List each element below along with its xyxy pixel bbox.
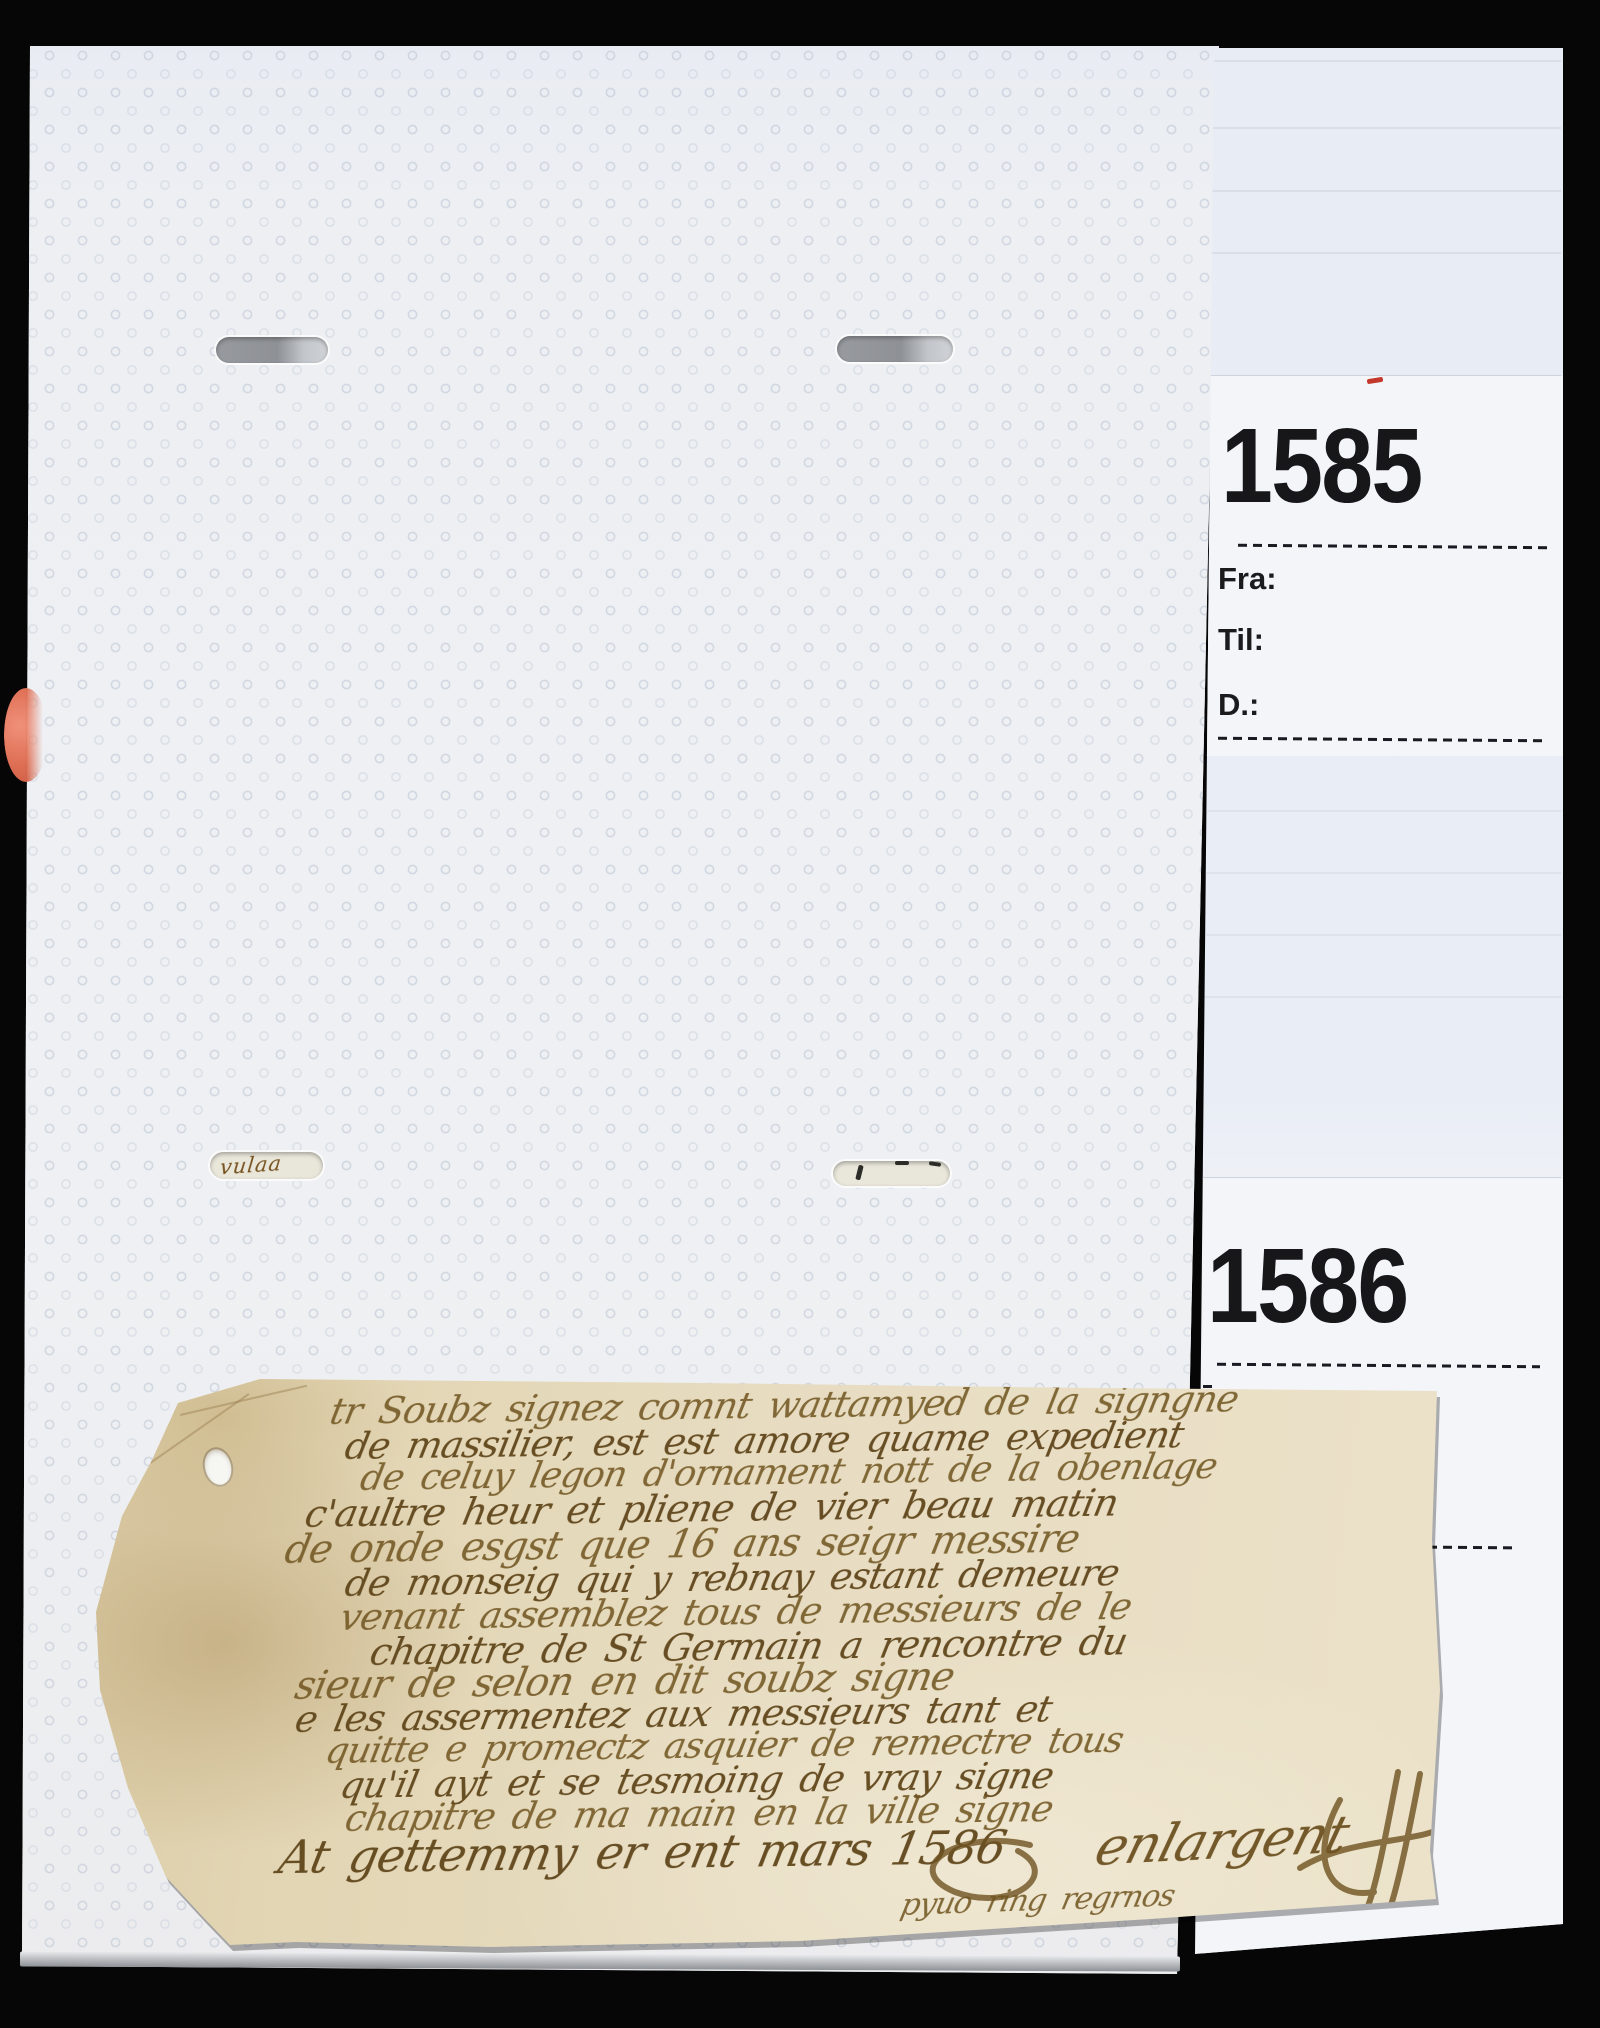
photo-slot-mid-left: vulaa <box>210 1152 323 1179</box>
year-label-1585: 1585 <box>1221 413 1421 519</box>
ink-speck <box>895 1161 909 1165</box>
ink-speck <box>929 1161 941 1167</box>
card-separator <box>1201 996 1561 998</box>
slot-visible-script: vulaa <box>219 1152 284 1179</box>
d-field-label: D.: <box>1218 687 1259 723</box>
red-tab <box>4 688 48 782</box>
handwriting-signature-note: pyuo ring regrnos <box>898 1879 1178 1923</box>
photo-slot-top-left <box>216 337 328 363</box>
card-separator <box>1201 60 1561 62</box>
dashed-separator <box>1203 1385 1215 1388</box>
scanned-archive-photo: 1585 Fra: Til: D.: 1586 vulaa tr Soubz s… <box>0 0 1600 2028</box>
punch-hole <box>199 1444 238 1490</box>
card-separator <box>1201 190 1561 192</box>
card-separator <box>1201 810 1561 812</box>
handwriting-date-line: At gettemmy er ent mars 1586 <box>274 1820 1010 1884</box>
ink-speck <box>855 1165 863 1181</box>
year-label-1586: 1586 <box>1207 1233 1407 1339</box>
card-separator <box>1201 252 1561 254</box>
handwriting-signature: enlargent <box>1089 1805 1355 1878</box>
card-separator <box>1201 934 1561 936</box>
photo-slot-top-right <box>837 336 953 362</box>
card-separator <box>1201 127 1561 129</box>
fra-field-label: Fra: <box>1218 561 1277 597</box>
card-separator <box>1201 872 1561 874</box>
til-field-label: Til: <box>1218 622 1264 658</box>
photo-slot-mid-right <box>833 1161 950 1186</box>
